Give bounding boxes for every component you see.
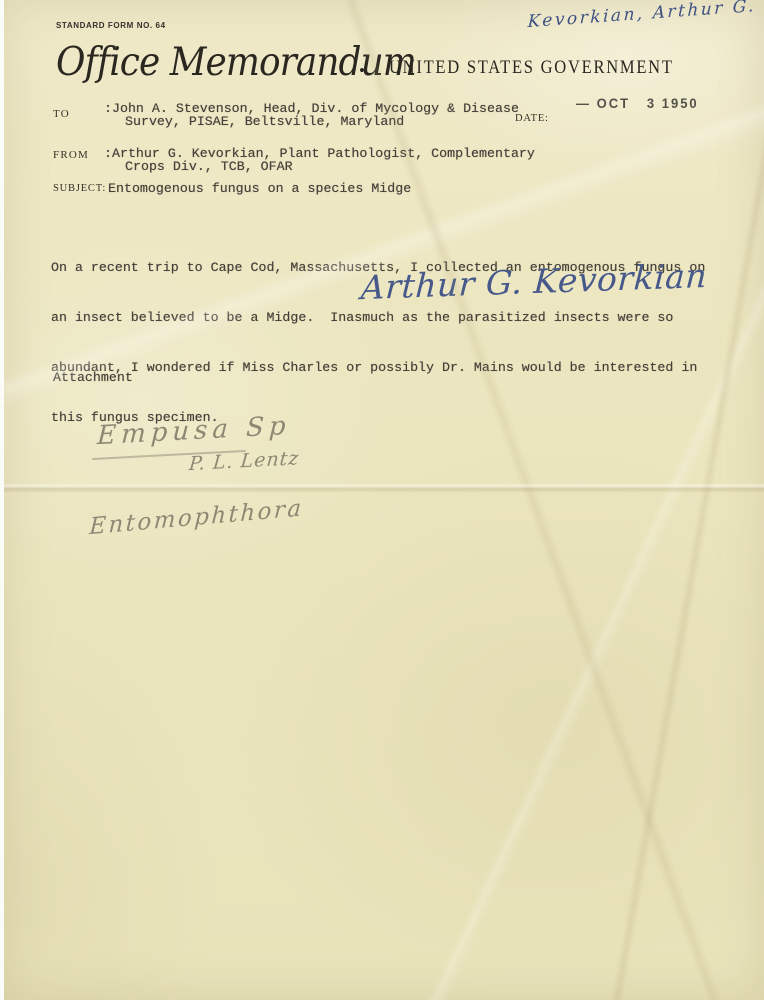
date-label: DATE: [515,113,549,124]
date-stamp: — OCT 3 1950 [576,96,699,112]
memo-body-line: an insect believed to be a Midge. Inasmu… [51,310,741,327]
memo-body-line: abundant, I wondered if Miss Charles or … [51,360,741,377]
form-number: STANDARD FORM NO. 64 [56,21,166,30]
pencil-note-entomophthora: Entomophthora [89,495,305,540]
to-colon: : [104,101,112,116]
attachment-note: Attachment [53,370,133,385]
to-value-line2: Survey, PISAE, Beltsville, Maryland [125,114,404,129]
from-colon: : [104,146,112,161]
organization-name: UNITED STATES GOVERNMENT [389,57,674,79]
filing-annotation-handwritten: Kevorkian, Arthur G. [527,0,756,32]
from-label: FROM [53,149,89,161]
subject-label: SUBJECT: [53,183,106,194]
title-bullet-separator: • [359,61,365,81]
to-label: TO [53,108,70,120]
from-value-line2: Crops Div., TCB, OFAR [125,159,293,174]
memo-paper: STANDARD FORM NO. 64 Office Memorandum •… [4,0,764,1000]
pencil-note-lentz: P. L. Lentz [188,447,300,475]
scanned-memo-page: STANDARD FORM NO. 64 Office Memorandum •… [0,0,764,1000]
subject-value: Entomogenous fungus on a species Midge [108,181,411,196]
